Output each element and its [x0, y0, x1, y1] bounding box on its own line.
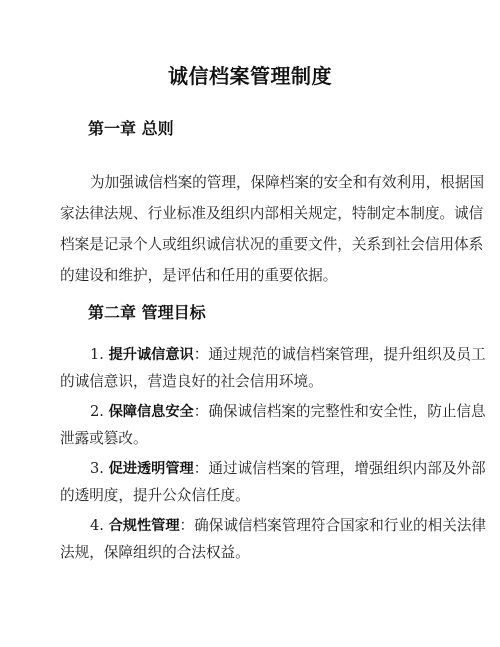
list-item: 4. 合规性管理：确保诚信档案管理符合国家和行业的相关法律 法规，保障组织的合法…: [60, 512, 440, 566]
chapter-2-heading: 第二章 管理目标: [88, 300, 206, 323]
paragraph-line: 的建设和维护，是评估和任用的重要依据。: [60, 260, 440, 291]
management-goals-list: 1. 提升诚信意识：通过规范的诚信档案管理，提升组织及员工 的诚信意识，营造良好…: [60, 341, 440, 569]
item-label: 促进透明管理: [109, 461, 194, 477]
item-text: 确保诚信档案管理符合国家和行业的相关法律: [194, 517, 486, 534]
item-separator: ：: [194, 403, 209, 420]
list-item: 3. 促进透明管理：通过诚信档案的管理，增强组织内部及外部 的透明度，提升公众信…: [60, 455, 440, 509]
item-text: 的诚信意识，营造良好的社会信用环境。: [60, 368, 440, 395]
item-label: 提升诚信意识: [109, 347, 194, 363]
item-text: 确保诚信档案的完整性和安全性，防止信息: [208, 403, 485, 420]
paragraph-line: 档案是记录个人或组织诚信状况的重要文件，关系到社会信用体系: [60, 229, 440, 260]
list-item: 2. 保障信息安全：确保诚信档案的完整性和安全性，防止信息 泄露或篡改。: [60, 398, 440, 452]
document-title: 诚信档案管理制度: [0, 60, 500, 89]
chapter-1-paragraph: 为加强诚信档案的管理，保障档案的安全和有效利用，根据国 家法律法规、行业标准及组…: [60, 167, 440, 291]
chapter-1-heading: 第一章 总则: [88, 116, 174, 139]
paragraph-line: 家法律法规、行业标准及组织内部相关规定，特制定本制度。诚信: [60, 198, 440, 229]
paragraph-line: 为加强诚信档案的管理，保障档案的安全和有效利用，根据国: [60, 167, 440, 198]
item-separator: ：: [194, 460, 209, 477]
item-text: 通过规范的诚信档案管理，提升组织及员工: [208, 346, 485, 363]
item-label: 保障信息安全: [109, 404, 194, 420]
item-text: 的透明度，提升公众信任度。: [60, 482, 440, 509]
item-separator: ：: [194, 346, 209, 363]
document-page: 诚信档案管理制度 第一章 总则 为加强诚信档案的管理，保障档案的安全和有效利用，…: [0, 0, 500, 647]
item-label: 合规性管理: [109, 518, 180, 534]
item-number: 1.: [90, 346, 104, 363]
item-text: 法规，保障组织的合法权益。: [60, 539, 440, 566]
item-text: 泄露或篡改。: [60, 425, 440, 452]
item-number: 3.: [90, 460, 104, 477]
item-number: 2.: [90, 403, 104, 420]
list-item: 1. 提升诚信意识：通过规范的诚信档案管理，提升组织及员工 的诚信意识，营造良好…: [60, 341, 440, 395]
item-separator: ：: [180, 517, 195, 534]
item-text: 通过诚信档案的管理，增强组织内部及外部: [208, 460, 485, 477]
item-number: 4.: [90, 517, 104, 534]
